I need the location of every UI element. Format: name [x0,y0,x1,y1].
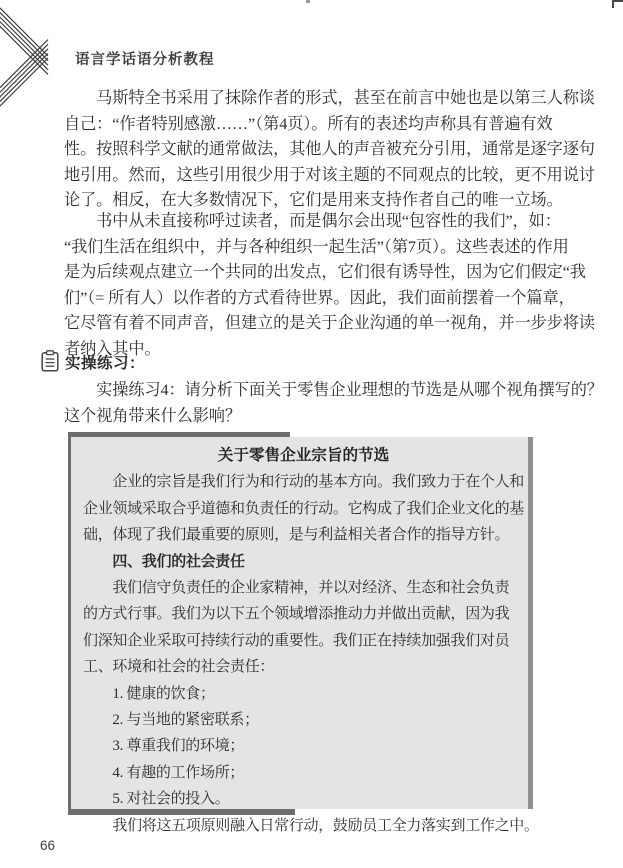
text-line: 它尽管有着不同声音，但建立的是关于企业沟通的单一视角，并一步步将读 [64,311,609,337]
exercise-question: 实操练习4：请分析下面关于零售企业理想的节选是从哪个视角撰写的？这个视角带来什么… [64,377,609,429]
text-line: 企业领域采取合乎道德和负责任的行动。它构成了我们企业文化的基 [83,496,524,522]
text-line: 的方式行事。我们为以下五个领域增添推动力并做出贡献，因为我 [83,601,524,627]
text-line: 马斯特全书采用了抹除作者的形式，甚至在前言中她也是以第三人称谈 [64,86,609,112]
crop-mark-top-center [306,0,310,3]
text-line: 是为后续观点建立一个共同的出发点，它们很有诱导性，因为它们假定“我 [64,260,609,286]
text-line: 者纳入其中。 [64,337,609,363]
excerpt-subtitle: 四、我们的社会责任 [83,549,524,575]
book-page: 语言学话语分析教程 马斯特全书采用了抹除作者的形式，甚至在前言中她也是以第三人称… [0,0,623,868]
paragraph-2: 书中从未直接称呼过读者，而是偶尔会出现“包容性的我们”，如：“我们生活在组织中，… [64,209,609,362]
text-line: 我们信守负责任的企业家精神，并以对经济、生态和社会负责 [83,575,524,601]
text-line: 自己：“作者特别感激……”（第4页）。所有的表述均声称具有普遍有效 [64,112,609,138]
page-number: 66 [40,838,55,853]
chevron-decoration-icon [0,0,50,118]
excerpt-closing-line: 我们将这五项原则融入日常行动，鼓励员工全力落实到工作之中。 [83,813,524,839]
list-item: 3. 尊重我们的环境； [83,733,524,759]
text-line: 这个视角带来什么影响？ [64,403,609,429]
excerpt-paragraph-1: 企业的宗旨是我们行为和行动的基本方向。我们致力于在个人和企业领域采取合乎道德和负… [83,469,524,548]
text-line: 工、环境和社会的社会责任： [83,654,524,680]
text-line: “我们生活在组织中，并与各种组织一起生活”（第7页）。这些表述的作用 [64,235,609,261]
list-item: 2. 与当地的紧密联系； [83,707,524,733]
box-frame-right-bar [528,437,533,809]
list-item: 4. 有趣的工作场所； [83,760,524,786]
clipboard-icon [41,350,59,372]
excerpt-paragraph-2: 我们信守负责任的企业家精神，并以对经济、生态和社会负责的方式行事。我们为以下五个… [83,575,524,681]
exercise-heading: 实操练习： [65,351,145,373]
text-line: 企业的宗旨是我们行为和行动的基本方向。我们致力于在个人和 [83,469,524,495]
text-line: 地引用。然而，这些引用很少用于对该主题的不同观点的比较，更不用说讨 [64,163,609,189]
excerpt-numbered-list: 1. 健康的饮食； 2. 与当地的紧密联系； 3. 尊重我们的环境； 4. 有趣… [83,681,524,813]
text-line: 性。按照科学文献的通常做法，其他人的声音被充分引用，通常是逐字逐句 [64,137,609,163]
paragraph-1: 马斯特全书采用了抹除作者的形式，甚至在前言中她也是以第三人称谈自己：“作者特别感… [64,86,609,214]
crop-mark-top-right [612,0,623,8]
text-line: 们深知企业采取可持续行动的重要性。我们正在持续加强我们对员 [83,628,524,654]
running-head: 语言学话语分析教程 [75,48,215,69]
list-item: 1. 健康的饮食； [83,681,524,707]
text-line: 础，体现了我们最重要的原则，是与利益相关者合作的指导方针。 [83,522,524,548]
excerpt-title: 关于零售企业宗旨的节选 [83,443,524,469]
text-line: 们”（= 所有人）以作者的方式看待世界。因此，我们面前摆着一个篇章， [64,286,609,312]
text-line: 书中从未直接称呼过读者，而是偶尔会出现“包容性的我们”，如： [64,209,609,235]
text-line: 实操练习4：请分析下面关于零售企业理想的节选是从哪个视角撰写的？ [64,377,609,403]
list-item: 5. 对社会的投入。 [83,786,524,812]
excerpt-box: 关于零售企业宗旨的节选 企业的宗旨是我们行为和行动的基本方向。我们致力于在个人和… [68,437,528,809]
